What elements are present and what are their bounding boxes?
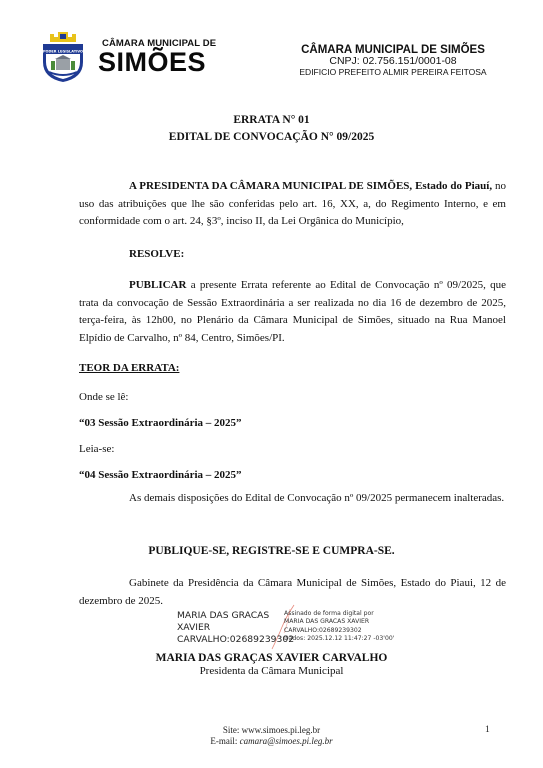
signer-name: MARIA DAS GRAÇAS XAVIER CARVALHO xyxy=(0,652,543,664)
signer-role: Presidenta da Câmara Municipal xyxy=(0,665,543,677)
document-title: ERRATA N° 01 xyxy=(0,114,543,126)
svg-text:PODER LEGISLATIVO: PODER LEGISLATIVO xyxy=(43,50,83,54)
resolve-heading: RESOLVE: xyxy=(129,248,184,260)
publicar-paragraph: PUBLICAR a presente Errata referente ao … xyxy=(79,277,506,347)
digital-signature-name: MARIA DAS GRACAS XAVIER CARVALHO:0268923… xyxy=(177,610,294,646)
new-text: “04 Sessão Extraordinária – 2025” xyxy=(79,469,242,481)
brand-logotype: CÂMARA MUNICIPAL DE SIMÕES xyxy=(98,38,216,75)
publique-heading: PUBLIQUE-SE, REGISTRE-SE E CUMPRA-SE. xyxy=(0,545,543,557)
footer-site[interactable]: Site: www.simoes.pi.leg.br xyxy=(0,725,543,736)
org-building: EDIFICIO PREFEITO ALMIR PEREIRA FEITOSA xyxy=(278,67,508,77)
old-text: “03 Sessão Extraordinária – 2025” xyxy=(79,417,242,429)
footer-email-link[interactable]: camara@simoes.pi.leg.br xyxy=(240,736,333,746)
sig-name-line: MARIA DAS GRACAS xyxy=(177,610,294,622)
footer: Site: www.simoes.pi.leg.br E-mail: camar… xyxy=(0,725,543,747)
header-org-info: CÂMARA MUNICIPAL DE SIMÕES CNPJ: 02.756.… xyxy=(278,44,508,77)
sig-name-line: CARVALHO:02689239302 xyxy=(177,634,294,646)
leia-se: Leia-se: xyxy=(79,443,114,455)
sig-meta-line: CARVALHO:02689239302 xyxy=(284,627,394,635)
onde-se-le: Onde se lê: xyxy=(79,391,128,403)
document-subtitle: EDITAL DE CONVOCAÇÃO N° 09/2025 xyxy=(0,131,543,143)
digital-signature-meta: Assinado de forma digital por MARIA DAS … xyxy=(284,610,394,643)
intro-bold: A PRESIDENTA DA CÂMARA MUNICIPAL DE SIMÕ… xyxy=(129,180,492,192)
footer-email-line: E-mail: camara@simoes.pi.leg.br xyxy=(0,736,543,747)
sig-meta-line: Dados: 2025.12.12 11:47:27 -03'00' xyxy=(284,635,394,643)
org-cnpj: CNPJ: 02.756.151/0001-08 xyxy=(278,56,508,67)
intro-paragraph: A PRESIDENTA DA CÂMARA MUNICIPAL DE SIMÕ… xyxy=(79,178,506,231)
sig-meta-line: MARIA DAS GRACAS XAVIER xyxy=(284,618,394,626)
publicar-bold: PUBLICAR xyxy=(129,279,186,291)
footer-email-label: E-mail: xyxy=(210,736,239,746)
sig-name-line: XAVIER xyxy=(177,622,294,634)
brand-line2: SIMÕES xyxy=(98,49,216,75)
teor-heading: TEOR DA ERRATA: xyxy=(79,362,179,374)
sig-meta-line: Assinado de forma digital por xyxy=(284,610,394,618)
demais-text: As demais disposições do Edital de Convo… xyxy=(129,492,504,504)
demais-paragraph: As demais disposições do Edital de Convo… xyxy=(79,490,506,508)
coat-of-arms-logo-icon: PODER LEGISLATIVO xyxy=(35,28,91,84)
page-number: 1 xyxy=(485,725,490,735)
